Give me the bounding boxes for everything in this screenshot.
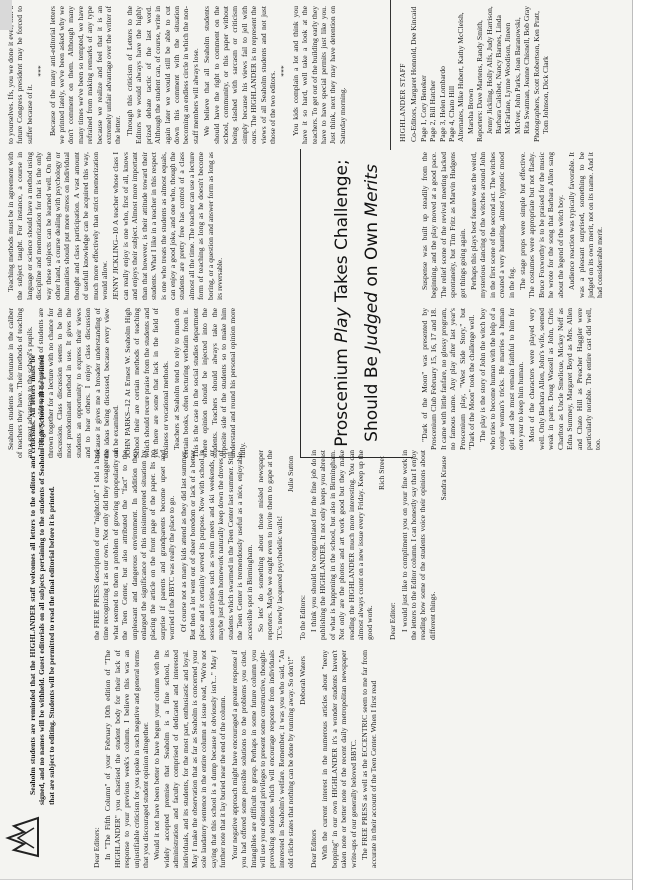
separator: *** bbox=[36, 6, 45, 144]
review-column-1: "Dark of the Moon" was presented by Pros… bbox=[420, 308, 605, 450]
signature: Rich Street bbox=[377, 450, 386, 640]
review-paragraph: Most of the characters were played very … bbox=[527, 308, 602, 450]
letter-paragraph: Would it not have been better to have be… bbox=[152, 650, 227, 868]
staff-entry: Photographers, Scott Robertson, Ken Prat… bbox=[532, 4, 551, 142]
survey-paragraph: Seaholm students are fortunate in the ca… bbox=[6, 308, 34, 458]
staff-entry: Reporters: Dave Martens, Randy Smith, Je… bbox=[475, 4, 531, 142]
signature: Deborah Waters bbox=[298, 650, 307, 868]
letter-paragraph: Of course not as many kids attend as the… bbox=[179, 450, 254, 640]
survey-paragraph: Teaching methods must be in agreement wi… bbox=[6, 152, 109, 300]
review-paragraph: The stage props were simple but effectiv… bbox=[518, 152, 565, 298]
signature: Sandra Krause bbox=[439, 450, 448, 640]
survey-paragraph: JOHN PARKS--12 At Ernest W. Seaholm High… bbox=[123, 308, 170, 458]
salutation: Dear Editors bbox=[309, 650, 318, 868]
headline-line-1: Proscenium Play Takes Challenge; bbox=[327, 159, 357, 446]
letter-paragraph: With the current interest in the numerou… bbox=[320, 650, 358, 868]
staff-entry: Page 1, Cory Beneker bbox=[419, 4, 428, 142]
staff-entry: Alternates, Mike Hubert, Kathy McCleish,… bbox=[456, 4, 475, 142]
survey-paragraph: Teachers at Seaholm tend to rely to much… bbox=[172, 308, 247, 458]
staff-heading: HIGHLANDER STAFF bbox=[398, 4, 407, 142]
staff-box: HIGHLANDER STAFF Co-Editors, Margaret Ho… bbox=[398, 4, 551, 142]
review-column-2: Suspense was built up steadily from the … bbox=[420, 152, 607, 298]
salutation: Dear Editors: bbox=[92, 650, 101, 868]
survey-paragraph: It is very seldom that hundreds of stude… bbox=[36, 308, 121, 458]
editorial-paragraph: Through this criticism of Letters to the… bbox=[125, 6, 200, 144]
headline-line-2: Should Be Judged on Own Merits bbox=[357, 164, 387, 442]
editorial-paragraph: We believe that all Seaholm students sho… bbox=[202, 6, 277, 144]
staff-entry: Page 2, Bill Hatcher bbox=[428, 4, 437, 142]
review-paragraph: Audience reaction was typically favorabl… bbox=[567, 152, 605, 298]
survey-column-1: Seaholm students are fortunate in the ca… bbox=[6, 308, 249, 458]
newspaper-page: Seaholm students are reminded that the H… bbox=[0, 0, 646, 890]
scan-smudge bbox=[0, 0, 12, 30]
staff-entry: Page 4, Chato Hill bbox=[447, 4, 456, 142]
review-paragraph: Suspense was built up steadily from the … bbox=[420, 152, 467, 298]
letter-paragraph: So lets' do something about those misled… bbox=[256, 450, 284, 640]
review-paragraph: "Dark of the Moon" was presented by Pros… bbox=[420, 308, 476, 450]
letter-paragraph: The FREE PRESS as well as the ECCENTRIC … bbox=[360, 650, 379, 868]
editorial-paragraph: Because of the many anti-editorial lette… bbox=[48, 6, 123, 144]
editorial-column: to yourselves. Ifs, you we done it ever,… bbox=[6, 6, 349, 144]
survey-column-2: Teaching methods must be in agreement wi… bbox=[6, 152, 226, 300]
letter-paragraph: Your negative approach might have encour… bbox=[230, 650, 296, 868]
review-paragraph: Perhaps this plays best feature was the … bbox=[469, 152, 516, 298]
letters-column-1: Dear Editors: In "The Fifth Column" of y… bbox=[92, 650, 381, 868]
survey-paragraph: JENNY JICKLING--10 A teacher whose class… bbox=[111, 152, 224, 300]
review-paragraph: The play is the story of John the witch … bbox=[478, 308, 525, 450]
staff-divider bbox=[390, 0, 391, 150]
letter-paragraph: I think you should be congratulated for … bbox=[309, 450, 375, 640]
staff-entry: Page 3, Helen Lombardo bbox=[438, 4, 447, 142]
page-top-margin bbox=[0, 879, 646, 890]
editorial-paragraph: You kids complain a lot and think you ha… bbox=[291, 6, 347, 144]
letters-column-2: the FREE PRESS description of our "night… bbox=[92, 450, 451, 640]
page-edge bbox=[632, 0, 646, 890]
salutation: Dear Editor: bbox=[388, 450, 397, 640]
signature: Julie Sutton bbox=[286, 450, 295, 640]
staff-entry: Co-Editors, Margaret Honnold, Dee Kincai… bbox=[409, 4, 418, 142]
review-headline-box: Proscenium Play Takes Challenge; Should … bbox=[300, 149, 413, 458]
letter-paragraph: In "The Fifth Column" of your February 1… bbox=[103, 650, 150, 868]
separator: *** bbox=[279, 6, 288, 144]
letter-paragraph: the FREE PRESS description of our "night… bbox=[92, 450, 177, 640]
letter-paragraph: I would just like to compliment you on y… bbox=[400, 450, 438, 640]
salutation: To the Editors: bbox=[298, 450, 307, 640]
highlander-logo-icon bbox=[4, 814, 44, 860]
